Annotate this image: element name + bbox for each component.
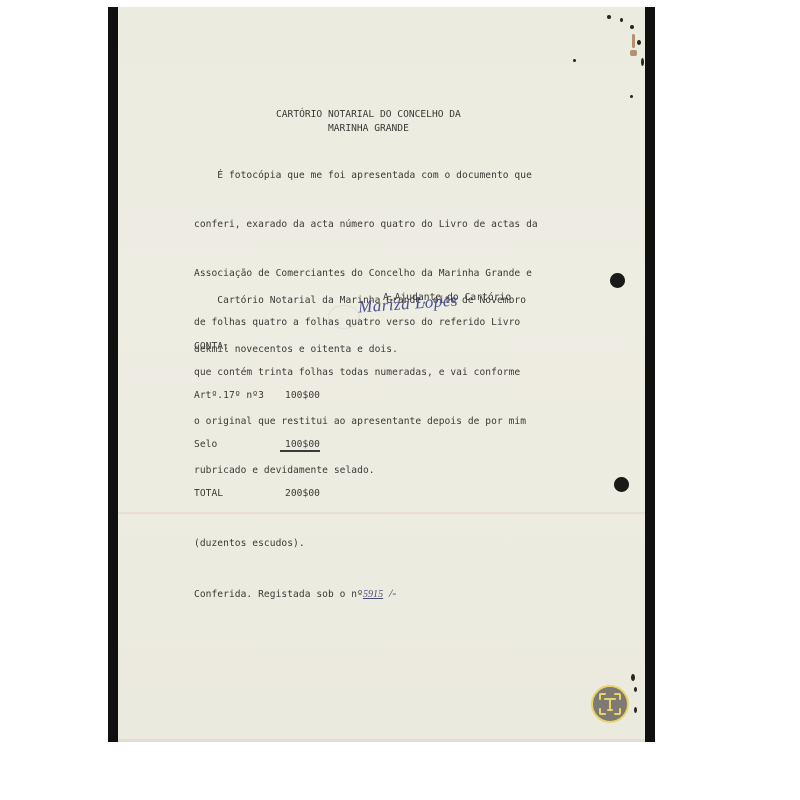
document-viewer: CARTÓRIO NOTARIAL DO CONCELHO DA MARINHA… — [0, 0, 800, 800]
registration-number: 5915 — [363, 589, 383, 600]
ink-speck — [634, 707, 637, 713]
account-row-amount: 100$00 — [280, 388, 320, 404]
ink-speck — [637, 40, 641, 45]
rust-stain — [630, 50, 637, 56]
account-row-label: Selo — [194, 437, 280, 453]
ink-speck — [607, 15, 611, 19]
title-line-2: MARINHA GRANDE — [328, 123, 409, 134]
paper-sheet: CARTÓRIO NOTARIAL DO CONCELHO DA MARINHA… — [118, 7, 645, 742]
body-line: É fotocópia que me foi apresentada com o… — [194, 168, 538, 184]
body-line: conferi, exarado da acta número quatro d… — [194, 217, 538, 233]
account-total-row: TOTAL 200$00 — [194, 486, 396, 502]
registration-line: Conferida. Registada sob o nº5915 /- — [194, 585, 396, 603]
account-row-amount: 100$00 — [280, 437, 320, 452]
scanned-page: CARTÓRIO NOTARIAL DO CONCELHO DA MARINHA… — [108, 7, 655, 742]
text-recognition-icon — [597, 691, 623, 717]
account-row: Selo 100$00 — [194, 437, 396, 453]
account-total-label: TOTAL — [194, 486, 280, 502]
ink-speck — [630, 95, 633, 98]
account-row: Artº.17º nº3 100$00 — [194, 388, 396, 404]
account-total-amount: 200$00 — [280, 486, 320, 502]
punch-hole — [614, 477, 629, 492]
ink-speck — [620, 18, 623, 22]
registration-prefix: Conferida. Registada sob o nº — [194, 589, 363, 600]
ocr-button[interactable] — [591, 685, 629, 723]
rust-stain — [632, 34, 635, 48]
title-line-1: CARTÓRIO NOTARIAL DO CONCELHO DA — [276, 109, 461, 120]
ink-speck — [641, 58, 644, 66]
ink-speck — [573, 59, 576, 62]
punch-hole — [610, 273, 625, 288]
ink-speck — [631, 674, 635, 681]
account-heading: CONTA: — [194, 339, 396, 355]
ink-speck — [634, 687, 637, 692]
ink-speck — [630, 25, 634, 29]
fee-account: CONTA: Artº.17º nº3 100$00 Selo 100$00 T… — [194, 306, 396, 636]
registration-mark: /- — [389, 586, 396, 600]
amount-in-words: (duzentos escudos). — [194, 536, 396, 552]
account-row-label: Artº.17º nº3 — [194, 388, 280, 404]
